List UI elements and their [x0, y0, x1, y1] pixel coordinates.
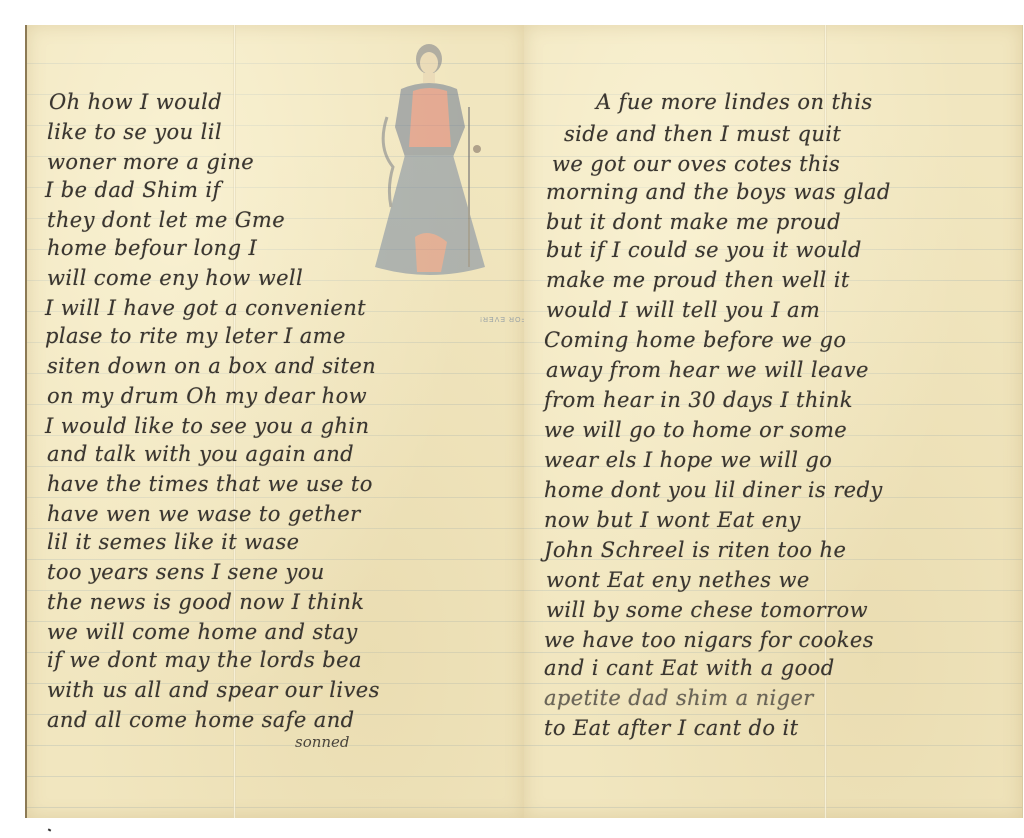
letter-line: would I will tell you I am: [546, 295, 820, 325]
letter-line: but if I could se you it would: [546, 235, 862, 265]
letter-line: the news is good now I think: [47, 587, 364, 617]
letter-line: I be dad Shim if: [45, 175, 221, 205]
letter-line: wear els I hope we will go: [544, 445, 832, 475]
letter-line: wont Eat eny nethes we: [546, 565, 810, 595]
letter-line: I would like to see you a ghin: [45, 411, 369, 441]
letter-line: they dont let me Gme: [47, 205, 285, 235]
letter-line: to Eat after I cant do it: [544, 713, 798, 743]
letter-line: side and then I must quit: [564, 119, 841, 149]
letter-line: I will I have got a convenient: [45, 293, 366, 323]
union-lady-vignette-icon: [357, 37, 507, 287]
letter-line: and talk with you again and: [47, 439, 354, 469]
letter-line: lil it semes like it wase: [47, 527, 299, 557]
letter-line: A fue more lindes on this: [596, 87, 873, 117]
letter-line: woner more a gine: [47, 147, 254, 177]
letter-line: siten down on a box and siten: [47, 351, 376, 381]
letter-line: too years sens I sene you: [47, 557, 325, 587]
letter-line: like to se you lil: [47, 117, 222, 147]
letter-line: home dont you lil diner is redy: [544, 475, 883, 505]
letter-page-left: UNION FOR EVER! Oh how I would like to s…: [25, 25, 524, 818]
letter-line: have wen we wase to gether: [47, 499, 361, 529]
letter-line: we will go to home or some: [544, 415, 847, 445]
letter-line: from hear in 30 days I think: [544, 385, 853, 415]
letter-line: will by some chese tomorrow: [546, 595, 868, 625]
letter-line: and all come home safe and: [47, 705, 354, 735]
letter-line: now but I wont Eat eny: [544, 505, 801, 535]
letter-line: morning and the boys was glad: [546, 177, 891, 207]
letter-line: Coming home before we go: [544, 325, 846, 355]
letter-line: with us all and spear our lives: [47, 675, 380, 705]
letter-line: we got our oves cotes this: [552, 149, 840, 179]
letter-line: home befour long I: [47, 233, 257, 263]
letter-line: John Schreel is riten too he: [544, 535, 846, 565]
letter-line: on my drum Oh my dear how: [47, 381, 367, 411]
letter-page-right: A fue more lindes on this side and then …: [524, 25, 1023, 818]
letter-line: we have too nigars for cookes: [544, 625, 874, 655]
scan-dust-mark: [48, 828, 52, 831]
letter-line: make me proud then well it: [546, 265, 850, 295]
letter-line: and i cant Eat with a good: [544, 653, 835, 683]
trailing-word: sonned: [295, 733, 350, 751]
letter-line: plase to rite my leter I ame: [45, 321, 346, 351]
letter-line: away from hear we will leave: [546, 355, 869, 385]
letter-line: will come eny how well: [47, 263, 303, 293]
letter-line: but it dont make me proud: [546, 207, 841, 237]
letter-line: we will come home and stay: [47, 617, 358, 647]
letter-line: if we dont may the lords bea: [47, 645, 362, 675]
letter-line: have the times that we use to: [47, 469, 373, 499]
letter-line: Oh how I would: [49, 87, 222, 117]
letter-line: apetite dad shim a niger: [544, 683, 814, 713]
